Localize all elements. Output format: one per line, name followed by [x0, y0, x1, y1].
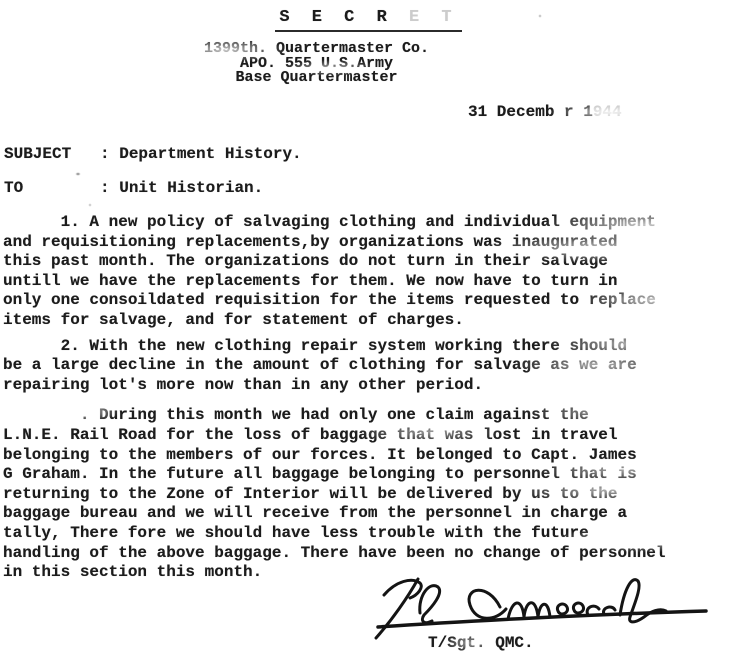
unit-letterhead-line: Base Quartermaster [0, 71, 685, 86]
classification-visible: S E C R [279, 8, 392, 27]
paragraph-3-line: G Graham. In the future all baggage belo… [3, 465, 733, 485]
paragraph-1-line: only one consoildated requisition for th… [3, 291, 733, 311]
paragraph-1-line: and requisitioning replacements,by organ… [3, 233, 733, 253]
paragraph-3-line: L.N.E. Rail Road for the loss of baggage… [3, 426, 733, 446]
paragraph-3-line: . During this month we had only one clai… [3, 406, 733, 426]
paragraph-3-line: tally, There fore we should have less tr… [3, 524, 733, 544]
classification-faded: E T [393, 8, 458, 27]
date-visible: 31 Decemb r 1 [468, 103, 593, 121]
paragraph-3-line: returning to the Zone of Interior will b… [3, 485, 733, 505]
paragraph-1: 1. A new policy of salvaging clothing an… [3, 213, 733, 331]
scanned-memo-page: { "memo": { "classification": { "visible… [0, 0, 737, 668]
signature-title: T/Sgt. QMC. [428, 634, 534, 654]
to-line: TO : Unit Historian. [4, 179, 263, 199]
subject-line: SUBJECT : Department History. [4, 145, 302, 165]
paragraph-3-line: baggage bureau and we will receive from … [3, 504, 733, 524]
paragraph-3-line: belonging to the members of our forces. … [3, 446, 733, 466]
memo-body: 1. A new policy of salvaging clothing an… [3, 213, 733, 583]
paragraph-1-line: this past month. The organizations do no… [3, 252, 733, 272]
paragraph-3-line: handling of the above baggage. There hav… [3, 544, 733, 564]
paragraph-3: . During this month we had only one clai… [3, 406, 733, 582]
paragraph-2-line: repairing lot's more now than in any oth… [3, 376, 733, 396]
paragraph-1-line: 1. A new policy of salvaging clothing an… [3, 213, 733, 233]
unit-letterhead: 1399th. Quartermaster Co.APO. 555 U.S.Ar… [0, 42, 685, 86]
paragraph-1-line: items for salvage, and for statement of … [3, 311, 733, 331]
date-faded: 944 [593, 103, 622, 121]
date-line: 31 Decemb r 1944 [468, 103, 622, 123]
classification-text: S E C R E T [275, 8, 461, 32]
paragraph-1-line: untill we have the replacements for them… [3, 272, 733, 292]
signature-image [374, 571, 716, 641]
paragraph-2-line: be a large decline in the amount of clot… [3, 356, 733, 376]
paragraph-2-line: 2. With the new clothing repair system w… [3, 337, 733, 357]
paragraph-2: 2. With the new clothing repair system w… [3, 337, 733, 396]
classification-banner: S E C R E T [0, 8, 737, 32]
